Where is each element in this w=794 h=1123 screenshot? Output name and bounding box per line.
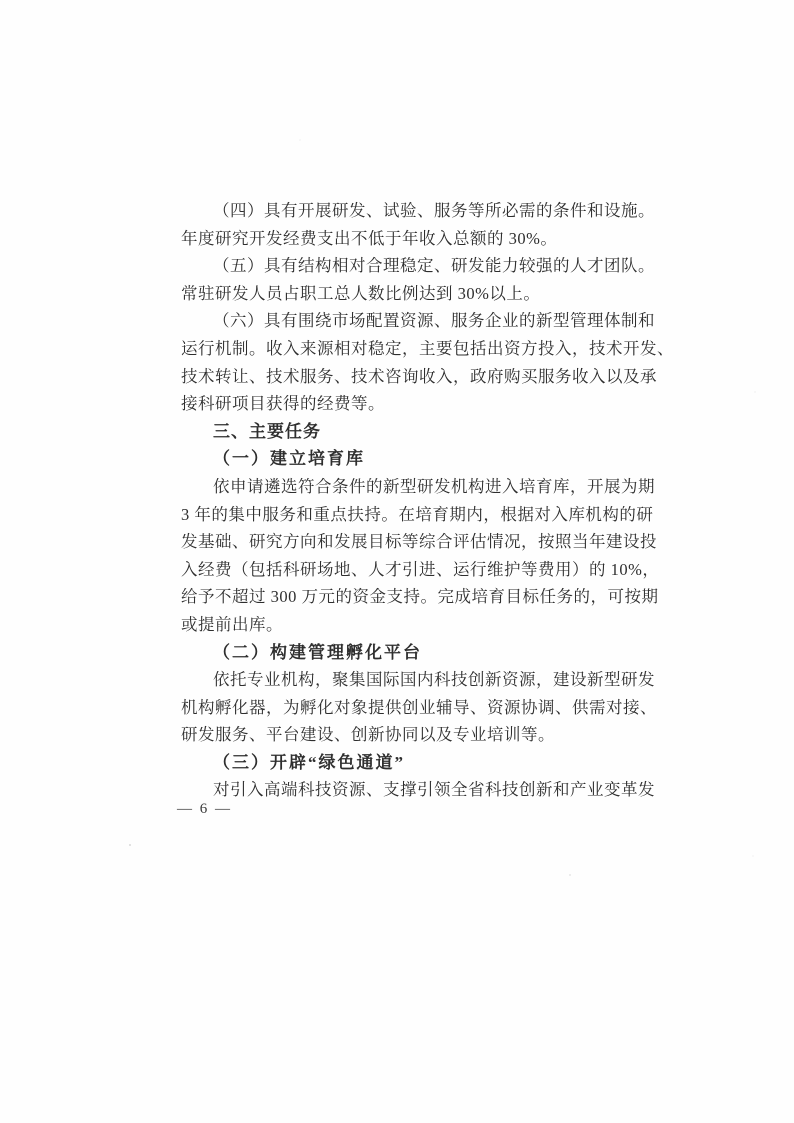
- doc-line-pool-4: 入经费（包括科研场地、人才引进、运行维护等费用）的 10%，: [181, 556, 623, 584]
- doc-line-pool-1: 依申请遴选符合条件的新型研发机构进入培育库，开展为期: [181, 473, 623, 501]
- heading-main-tasks: 三、主要任务: [181, 418, 623, 446]
- page-number: — 6 —: [177, 801, 232, 818]
- doc-line-pool-5: 给予不超过 300 万元的资金支持。完成培育目标任务的，可按期: [181, 583, 623, 611]
- doc-line-clause4-2: 年度研究开发经费支出不低于年收入总额的 30%。: [181, 225, 623, 253]
- doc-line-clause5-1: （五）具有结构相对合理稳定、研发能力较强的人才团队。: [181, 252, 623, 280]
- doc-line-platform-1: 依托专业机构，聚集国际国内科技创新资源，建设新型研发: [181, 666, 623, 694]
- doc-line-platform-2: 机构孵化器，为孵化对象提供创业辅导、资源协调、供需对接、: [181, 694, 623, 722]
- doc-line-clause6-3: 技术转让、技术服务、技术咨询收入，政府购买服务收入以及承: [181, 363, 623, 391]
- doc-line-clause6-2: 运行机制。收入来源相对稳定，主要包括出资方投入，技术开发、: [181, 335, 623, 363]
- doc-line-clause6-1: （六）具有围绕市场配置资源、服务企业的新型管理体制和: [181, 307, 623, 335]
- heading-establish-incubation-pool: （一）建立培育库: [181, 445, 623, 473]
- doc-line-green-channel-1: 对引入高端科技资源、支撑引领全省科技创新和产业变革发: [181, 776, 623, 804]
- doc-line-pool-6: 或提前出库。: [181, 611, 623, 639]
- doc-line-pool-3: 发基础、研究方向和发展目标等综合评估情况，按照当年建设投: [181, 528, 623, 556]
- document-page: （四）具有开展研发、试验、服务等所必需的条件和设施。 年度研究开发经费支出不低于…: [0, 0, 794, 1123]
- heading-open-green-channel: （三）开辟“绿色通道”: [181, 749, 623, 777]
- doc-line-clause4-1: （四）具有开展研发、试验、服务等所必需的条件和设施。: [181, 197, 623, 225]
- document-text-block: （四）具有开展研发、试验、服务等所必需的条件和设施。 年度研究开发经费支出不低于…: [181, 197, 623, 804]
- doc-line-platform-3: 研发服务、平台建设、创新协同以及专业培训等。: [181, 721, 623, 749]
- doc-line-clause6-4: 接科研项目获得的经费等。: [181, 390, 623, 418]
- doc-line-pool-2: 3 年的集中服务和重点扶持。在培育期内，根据对入库机构的研: [181, 501, 623, 529]
- heading-build-incubation-platform: （二）构建管理孵化平台: [181, 639, 623, 667]
- doc-line-clause5-2: 常驻研发人员占职工总人数比例达到 30%以上。: [181, 280, 623, 308]
